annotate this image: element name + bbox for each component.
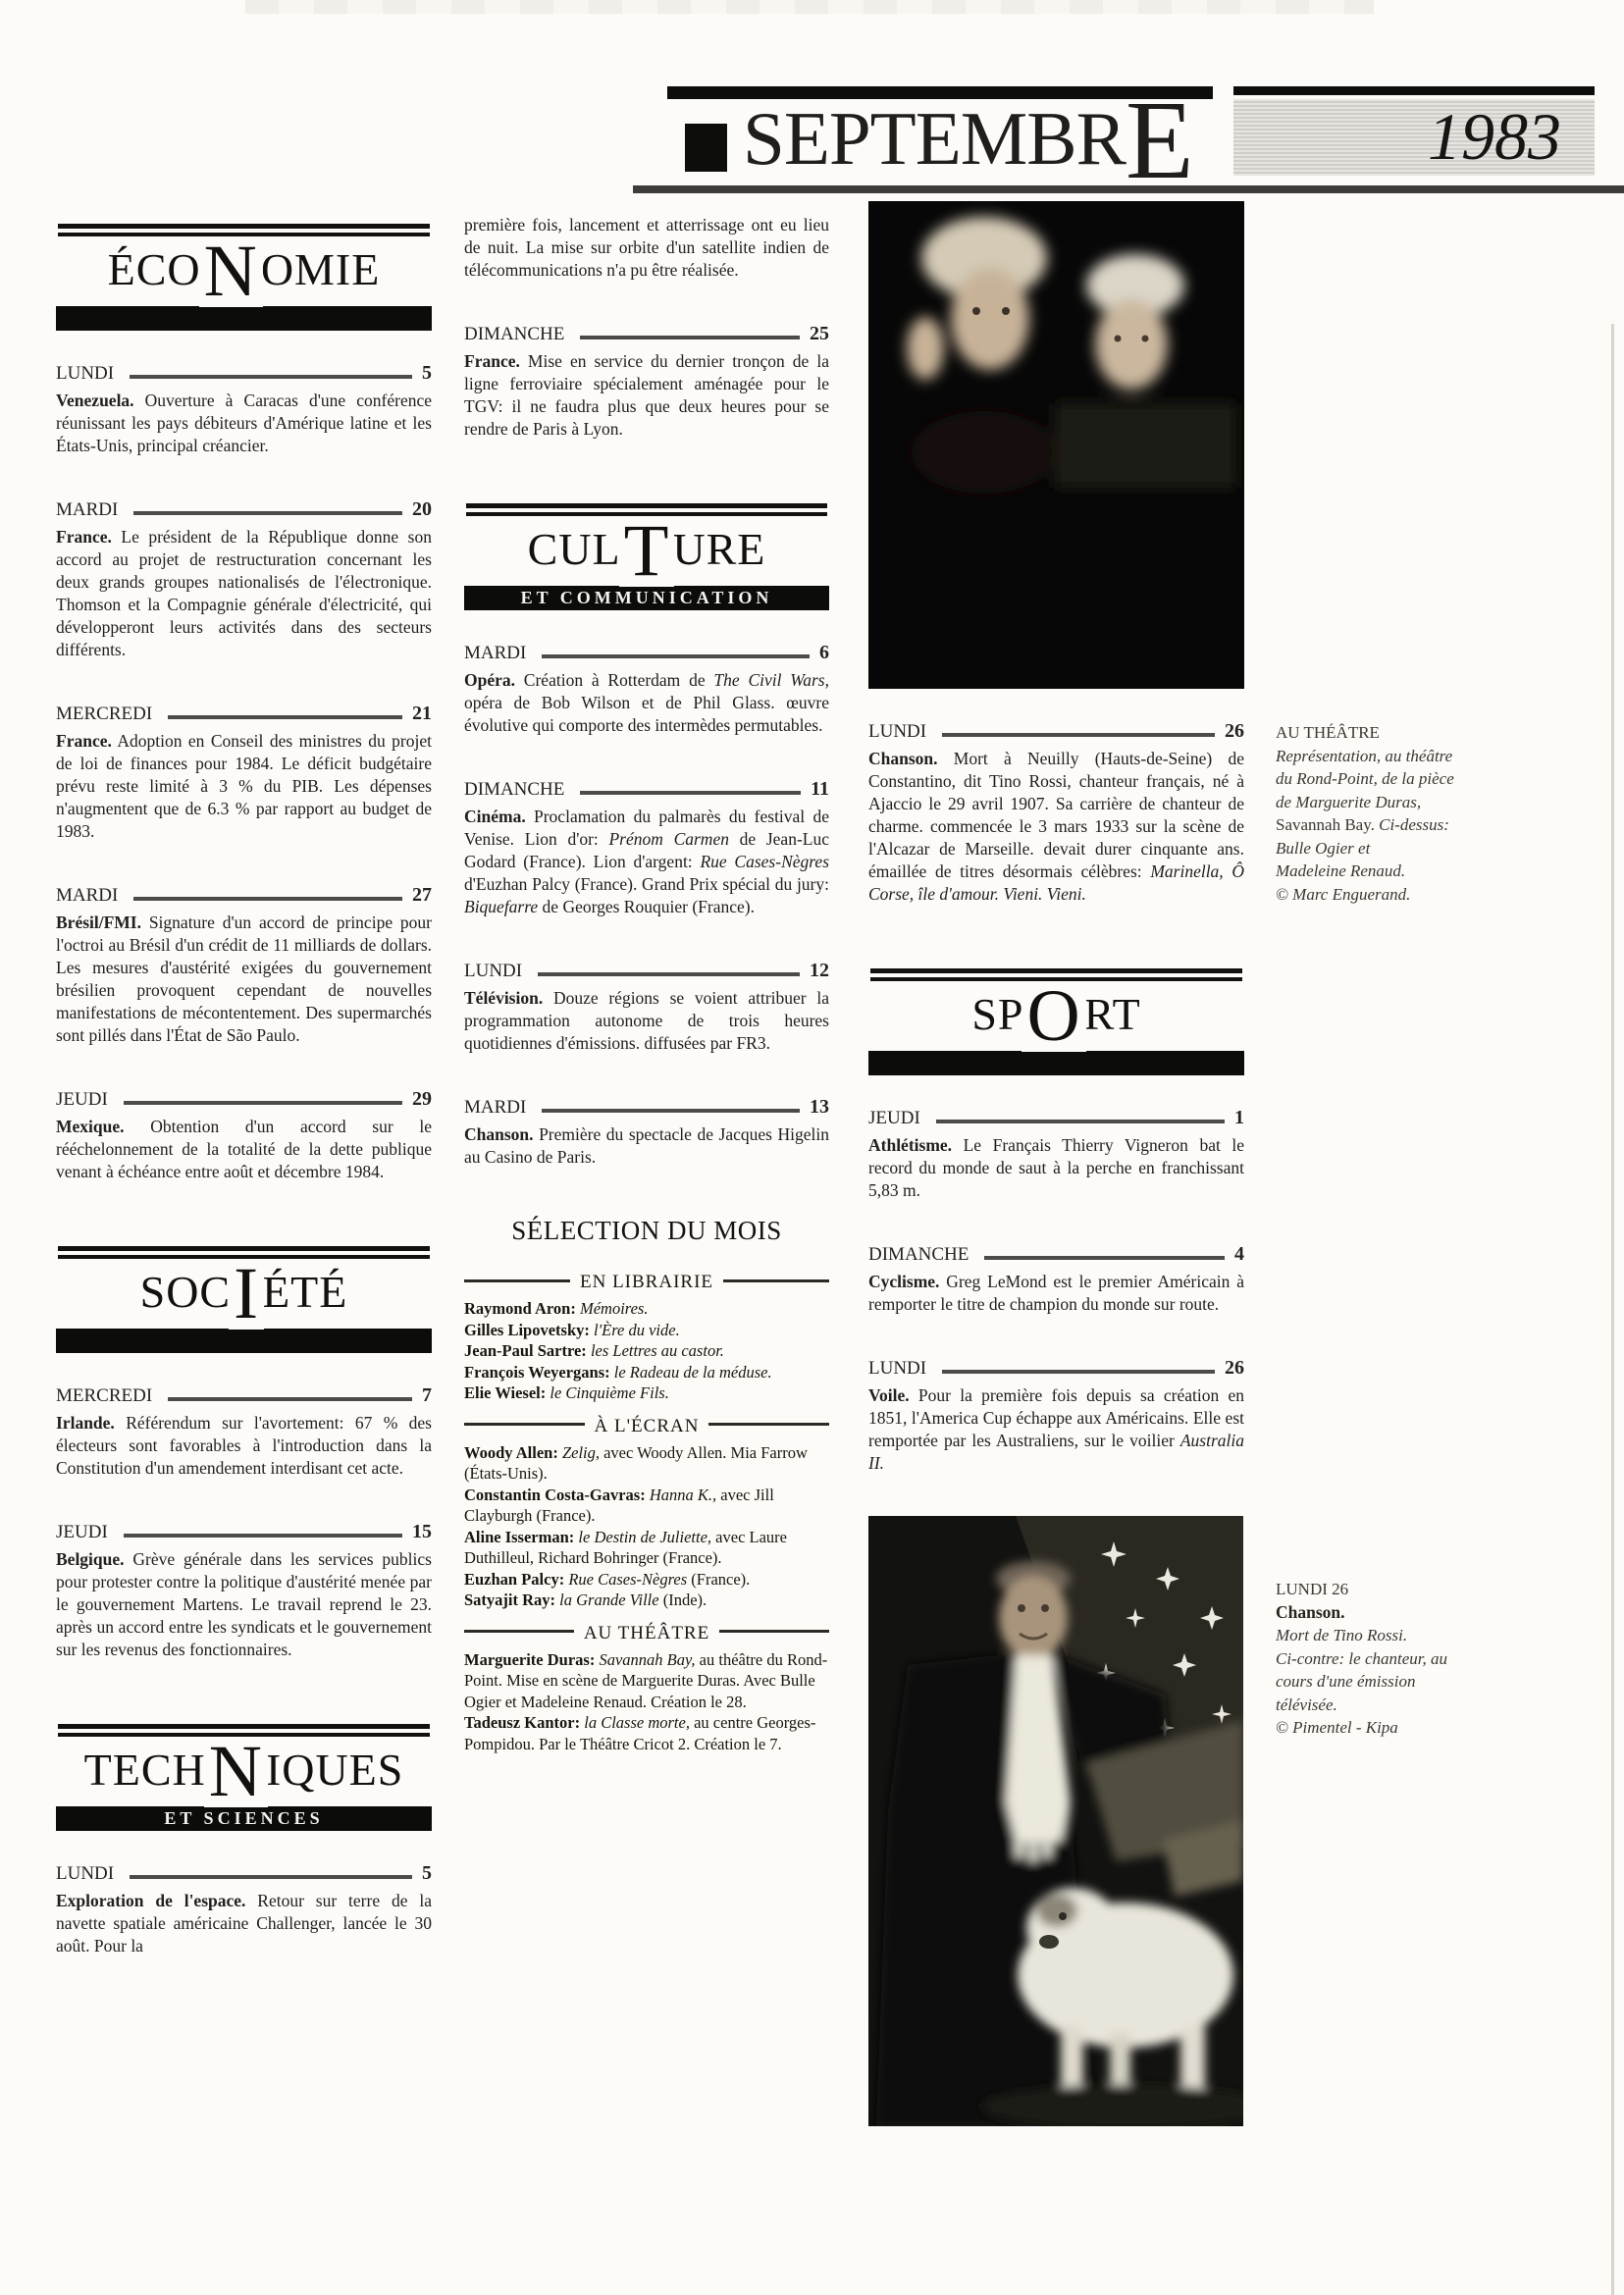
header-rule <box>633 185 1624 193</box>
entry-rule <box>130 1875 412 1879</box>
entry-day: LUNDI <box>56 1863 114 1885</box>
entry-rule <box>133 897 402 901</box>
chronology-entry: LUNDI12Télévision. Douze régions se voie… <box>464 960 829 1055</box>
entry-day: MERCREDI <box>56 1385 152 1407</box>
entry-day: MARDI <box>56 885 118 907</box>
selection-item: Raymond Aron: Mémoires. <box>464 1298 829 1320</box>
black-square-icon <box>685 124 727 172</box>
entry-day: MARDI <box>56 499 118 521</box>
page-title-month: SEPTEMBRE <box>743 93 1194 185</box>
chronology-entry: DIMANCHE4Cyclisme. Greg LeMond est le pr… <box>868 1243 1244 1316</box>
entry-list: LUNDI26Chanson. Mort à Neuilly (Hauts-de… <box>868 720 1244 906</box>
entry-day: DIMANCHE <box>464 779 564 801</box>
column-culture-selection: première fois, lancement et atterrissage… <box>464 214 829 1766</box>
caption-line: Madeleine Renaud. <box>1276 860 1533 883</box>
entry-body: Venezuela. Ouverture à Caracas d'une con… <box>56 390 432 457</box>
selection-item: Elie Wiesel: le Cinquième Fils. <box>464 1382 829 1404</box>
entry-day: LUNDI <box>868 721 926 743</box>
chronology-entry: LUNDI5Venezuela. Ouverture à Caracas d'u… <box>56 362 432 457</box>
entry-day: JEUDI <box>56 1089 108 1111</box>
entry-body: France. Le président de la République do… <box>56 526 432 661</box>
entry-date-number: 5 <box>422 1862 432 1885</box>
selection-du-mois: SÉLECTION DU MOIS EN LIBRAIRIE Raymond A… <box>464 1216 829 1754</box>
section-techniques: TECHNIQUES ET SCIENCES LUNDI5Exploration… <box>56 1724 432 1957</box>
entry-rule <box>168 1397 412 1401</box>
selection-item: Tadeusz Kantor: la Classe morte, au cent… <box>464 1712 829 1754</box>
chronology-entry: LUNDI26Chanson. Mort à Neuilly (Hauts-de… <box>868 720 1244 906</box>
entry-body: Athlétisme. Le Français Thierry Vigneron… <box>868 1134 1244 1202</box>
entry-body: Irlande. Référendum sur l'avortement: 67… <box>56 1412 432 1480</box>
entry-date-number: 29 <box>412 1088 432 1111</box>
entry-body: Télévision. Douze régions se voient attr… <box>464 987 829 1055</box>
caption-line: Mort de Tino Rossi. <box>1276 1624 1533 1647</box>
section-economie: ÉCONOMIE LUNDI5Venezuela. Ouverture à Ca… <box>56 224 432 1183</box>
entry-day: LUNDI <box>464 961 522 982</box>
section-title: ÉCONOMIE <box>56 247 432 299</box>
chronology-entry: LUNDI26Voile. Pour la première fois depu… <box>868 1357 1244 1475</box>
entry-list: JEUDI1Athlétisme. Le Français Thierry Vi… <box>868 1107 1244 1475</box>
entry-rule <box>168 715 402 719</box>
entry-rule <box>984 1256 1225 1260</box>
entry-date-number: 12 <box>810 960 829 982</box>
selection-item: Euzhan Palcy: Rue Cases-Nègres (France). <box>464 1569 829 1591</box>
caption-line: cours d'une émission <box>1276 1670 1533 1694</box>
selection-group-librairie: EN LIBRAIRIE Raymond Aron: Mémoires.Gill… <box>464 1272 829 1404</box>
entry-date-number: 20 <box>412 498 432 521</box>
section-title: TECHNIQUES <box>56 1747 432 1799</box>
section-header: ÉCONOMIE <box>56 224 432 299</box>
entry-rule <box>942 733 1215 737</box>
entry-rule <box>580 336 800 339</box>
entry-body: Cinéma. Proclamation du palmarès du fest… <box>464 806 829 918</box>
entry-rule <box>542 654 810 658</box>
entry-date-number: 6 <box>819 642 829 664</box>
selection-item: François Weyergans: le Radeau de la médu… <box>464 1362 829 1383</box>
entry-day: MARDI <box>464 643 526 664</box>
entry-list: DIMANCHE25France. Mise en service du der… <box>464 323 829 441</box>
entry-list: MERCREDI7Irlande. Référendum sur l'avort… <box>56 1384 432 1661</box>
chronology-entry: MERCREDI7Irlande. Référendum sur l'avort… <box>56 1384 432 1480</box>
year-box: 1983 <box>1233 99 1595 176</box>
section-societe: SOCIÉTÉ MERCREDI7Irlande. Référendum sur… <box>56 1246 432 1661</box>
chronology-entry: JEUDI1Athlétisme. Le Français Thierry Vi… <box>868 1107 1244 1202</box>
entry-rule <box>538 972 800 976</box>
entry-date-number: 26 <box>1225 720 1244 743</box>
caption-line: Représentation, au théâtre <box>1276 745 1533 768</box>
magazine-page: SEPTEMBRE 1983 ÉCONOMIE LUNDI5Venezuela.… <box>0 0 1624 2295</box>
savannah-bay-photo <box>868 201 1244 689</box>
chronology-entry: DIMANCHE11Cinéma. Proclamation du palmar… <box>464 778 829 918</box>
selection-item: Gilles Lipovetsky: l'Ère du vide. <box>464 1320 829 1341</box>
scan-edge-right <box>1611 324 1614 2295</box>
entry-date-number: 4 <box>1234 1243 1244 1266</box>
section-header: SPORT <box>868 968 1244 1044</box>
caption-line: Bulle Ogier et <box>1276 837 1533 861</box>
entry-date-number: 7 <box>422 1384 432 1407</box>
entry-day: LUNDI <box>56 363 114 385</box>
selection-group-ecran: À L'ÉCRAN Woody Allen: Zelig, avec Woody… <box>464 1416 829 1611</box>
caption-savannah-bay: AU THÉÂTREReprésentation, au théâtredu R… <box>1276 721 1533 906</box>
entry-list: LUNDI5Exploration de l'espace. Retour su… <box>56 1862 432 1957</box>
entry-date-number: 25 <box>810 323 829 345</box>
chronology-entry: MARDI13Chanson. Première du spectacle de… <box>464 1096 829 1169</box>
chronology-entry: DIMANCHE25France. Mise en service du der… <box>464 323 829 441</box>
column-economie-societe-techniques: ÉCONOMIE LUNDI5Venezuela. Ouverture à Ca… <box>56 224 432 1999</box>
entry-body: Chanson. Première du spectacle de Jacque… <box>464 1123 829 1169</box>
entry-body: Exploration de l'espace. Retour sur terr… <box>56 1890 432 1957</box>
caption-line: Ci-contre: le chanteur, au <box>1276 1647 1533 1671</box>
header-black-bar-right <box>1233 86 1595 95</box>
entry-rule <box>580 791 801 795</box>
selection-item-list: Marguerite Duras: Savannah Bay, au théât… <box>464 1649 829 1755</box>
chronology-entry: LUNDI5Exploration de l'espace. Retour su… <box>56 1862 432 1957</box>
chronology-entry: MARDI27Brésil/FMI. Signature d'un accord… <box>56 884 432 1047</box>
selection-item-list: Woody Allen: Zelig, avec Woody Allen. Mi… <box>464 1442 829 1611</box>
section-header: CULTURE <box>464 503 829 579</box>
section-title: CULTURE <box>464 527 829 579</box>
section-title: SPORT <box>868 992 1244 1044</box>
entry-day: LUNDI <box>868 1358 926 1380</box>
caption-line: Chanson. <box>1276 1601 1533 1625</box>
selection-item-list: Raymond Aron: Mémoires.Gilles Lipovetsky… <box>464 1298 829 1404</box>
entry-body: Brésil/FMI. Signature d'un accord de pri… <box>56 912 432 1047</box>
selection-group-label: EN LIBRAIRIE <box>580 1272 713 1293</box>
entry-rule <box>124 1101 402 1105</box>
chronology-entry: MARDI6Opéra. Création à Rotterdam de The… <box>464 642 829 737</box>
caption-line: télévisée. <box>1276 1694 1533 1717</box>
entry-date-number: 11 <box>811 778 829 801</box>
entry-day: JEUDI <box>56 1522 108 1543</box>
entry-day: MERCREDI <box>56 704 152 725</box>
scan-artifact-top <box>245 0 1374 14</box>
selection-item: Woody Allen: Zelig, avec Woody Allen. Mi… <box>464 1442 829 1485</box>
chronology-entry: JEUDI15Belgique. Grève générale dans les… <box>56 1521 432 1661</box>
selection-title: SÉLECTION DU MOIS <box>464 1216 829 1246</box>
month-main: SEPTEMBR <box>743 96 1126 181</box>
entry-body: Belgique. Grève générale dans les servic… <box>56 1548 432 1661</box>
section-header: SOCIÉTÉ <box>56 1246 432 1322</box>
entry-rule <box>542 1109 800 1113</box>
tino-rossi-photo <box>868 1516 1244 2126</box>
section-culture: CULTURE ET COMMUNICATION MARDI6Opéra. Cr… <box>464 503 829 1169</box>
entry-list: LUNDI5Venezuela. Ouverture à Caracas d'u… <box>56 362 432 1183</box>
page-header: SEPTEMBRE 1983 <box>633 83 1624 197</box>
chronology-entry: MERCREDI21France. Adoption en Conseil de… <box>56 703 432 843</box>
caption-line: Savannah Bay. Ci-dessus: <box>1276 813 1533 837</box>
selection-group-theatre: AU THÉÂTRE Marguerite Duras: Savannah Ba… <box>464 1623 829 1755</box>
selection-item: Marguerite Duras: Savannah Bay, au théât… <box>464 1649 829 1713</box>
section-header: TECHNIQUES <box>56 1724 432 1799</box>
selection-item: Jean-Paul Sartre: les Lettres au castor. <box>464 1340 829 1362</box>
selection-group-label: À L'ÉCRAN <box>595 1416 700 1437</box>
caption-tino-rossi: LUNDI 26Chanson.Mort de Tino Rossi.Ci-co… <box>1276 1578 1533 1740</box>
entry-list: MARDI6Opéra. Création à Rotterdam de The… <box>464 642 829 1169</box>
entry-date-number: 15 <box>412 1521 432 1543</box>
caption-line: © Pimentel - Kipa <box>1276 1716 1533 1740</box>
caption-line: de Marguerite Duras, <box>1276 791 1533 814</box>
month-last-letter: E <box>1126 78 1194 202</box>
column-photos-sport: LUNDI26Chanson. Mort à Neuilly (Hauts-de… <box>868 201 1244 2126</box>
entry-rule <box>936 1120 1225 1123</box>
continuation-paragraph: première fois, lancement et atterrissage… <box>464 214 829 282</box>
entry-date-number: 21 <box>412 703 432 725</box>
selection-item: Aline Isserman: le Destin de Juliette, a… <box>464 1527 829 1569</box>
chronology-entry: JEUDI29Mexique. Obtention d'un accord su… <box>56 1088 432 1183</box>
entry-body: Opéra. Création à Rotterdam de The Civil… <box>464 669 829 737</box>
entry-day: MARDI <box>464 1097 526 1119</box>
entry-body: France. Adoption en Conseil des ministre… <box>56 730 432 843</box>
entry-body: Chanson. Mort à Neuilly (Hauts-de-Seine)… <box>868 748 1244 906</box>
entry-date-number: 1 <box>1234 1107 1244 1129</box>
entry-rule <box>133 511 402 515</box>
entry-body: France. Mise en service du dernier tronç… <box>464 350 829 441</box>
entry-day: DIMANCHE <box>464 324 564 345</box>
entry-date-number: 5 <box>422 362 432 385</box>
entry-body: Mexique. Obtention d'un accord sur le ré… <box>56 1116 432 1183</box>
entry-rule <box>130 375 412 379</box>
selection-item: Satyajit Ray: la Grande Ville (Inde). <box>464 1590 829 1611</box>
entry-rule <box>124 1534 402 1538</box>
entry-date-number: 27 <box>412 884 432 907</box>
section-sport: SPORT JEUDI1Athlétisme. Le Français Thie… <box>868 968 1244 1475</box>
caption-line: AU THÉÂTRE <box>1276 721 1533 745</box>
caption-line: © Marc Enguerand. <box>1276 883 1533 907</box>
section-title: SOCIÉTÉ <box>56 1270 432 1322</box>
selection-group-label: AU THÉÂTRE <box>584 1623 709 1644</box>
entry-rule <box>942 1370 1215 1374</box>
chronology-entry: MARDI20France. Le président de la Républ… <box>56 498 432 661</box>
caption-line: du Rond-Point, de la pièce <box>1276 767 1533 791</box>
entry-body: Voile. Pour la première fois depuis sa c… <box>868 1384 1244 1475</box>
entry-day: JEUDI <box>868 1108 920 1129</box>
entry-body: Cyclisme. Greg LeMond est le premier Amé… <box>868 1271 1244 1316</box>
entry-date-number: 26 <box>1225 1357 1244 1380</box>
caption-line: LUNDI 26 <box>1276 1578 1533 1601</box>
entry-day: DIMANCHE <box>868 1244 969 1266</box>
year-label: 1983 <box>1233 99 1595 174</box>
entry-date-number: 13 <box>810 1096 829 1119</box>
selection-item: Constantin Costa-Gavras: Hanna K., avec … <box>464 1485 829 1527</box>
